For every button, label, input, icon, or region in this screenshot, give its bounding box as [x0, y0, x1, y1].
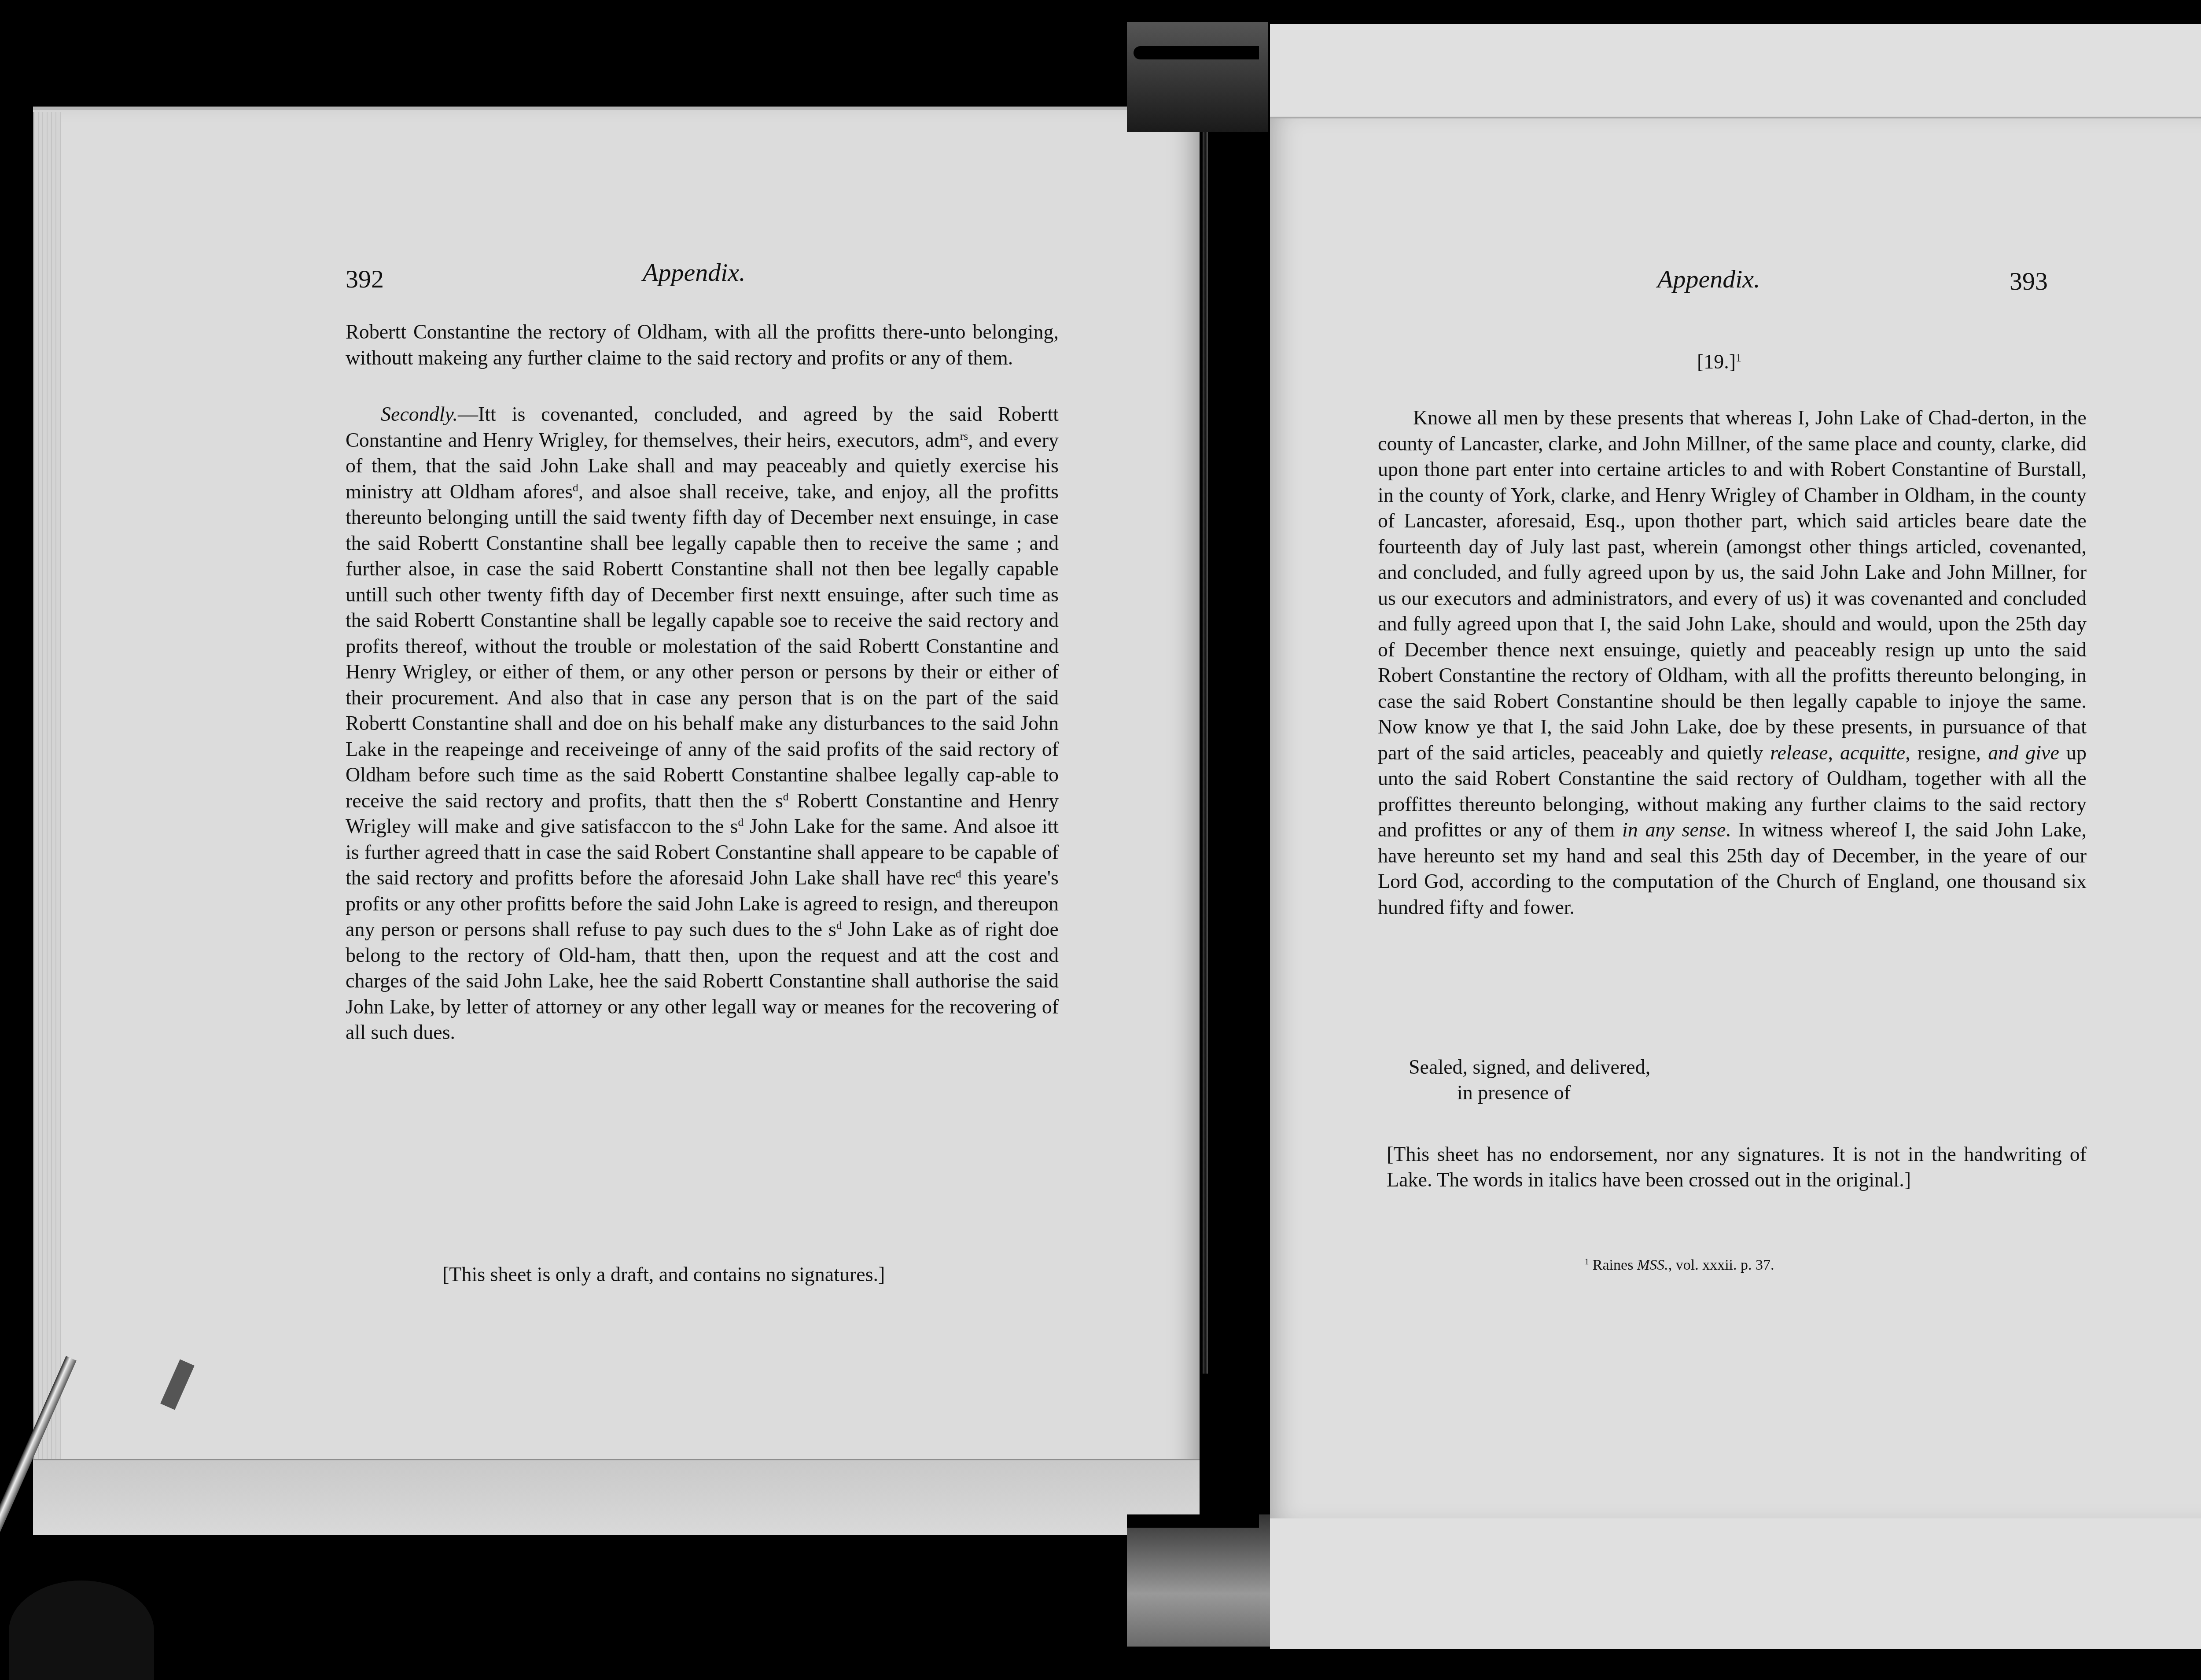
paragraph: Robertt Constantine the rectory of Oldha… — [346, 319, 1059, 371]
paragraph-secondly: Secondly.—Itt is covenanted, concluded, … — [346, 402, 1059, 1046]
page-number-left: 392 — [346, 264, 384, 294]
screwdriver-handle-icon — [9, 1581, 154, 1680]
right-page-body: Knowe all men by these presents that whe… — [1378, 405, 2087, 920]
running-head-left: Appendix. — [643, 258, 746, 287]
footnote-source: Raines — [1593, 1257, 1634, 1273]
attestation-line-1: Sealed, signed, and delivered, — [1409, 1054, 1650, 1080]
document-number: [19.]1 — [1697, 350, 1741, 373]
deed-text: Knowe all men by these presents that whe… — [1378, 405, 2087, 920]
book-gutter — [1203, 132, 1208, 1374]
attestation-line-2: in presence of — [1409, 1080, 1650, 1105]
editorial-note-left: [This sheet is only a draft, and contain… — [442, 1263, 885, 1286]
book-scan: 392 Appendix. Robertt Constantine the re… — [0, 0, 2201, 1680]
footnote-marker: 1 — [1585, 1257, 1589, 1267]
footnote-reference: , vol. xxxii. p. 37. — [1668, 1257, 1774, 1273]
spine-cap — [1127, 1514, 1259, 1528]
document-number-text: [19.] — [1697, 350, 1736, 373]
footnote: 1 Raines MSS., vol. xxxii. p. 37. — [1585, 1257, 1774, 1274]
footnote-source-italic: MSS. — [1637, 1257, 1668, 1273]
spine-clamp — [1134, 46, 1259, 59]
book-board-edge — [33, 1459, 1200, 1535]
running-head-right: Appendix. — [1657, 264, 1760, 294]
editorial-note-right: [This sheet has no endorsement, nor any … — [1387, 1142, 2087, 1193]
attestation: Sealed, signed, and delivered, in presen… — [1409, 1054, 1650, 1105]
page-stack-edges — [33, 112, 61, 1482]
secondly-body: —Itt is covenanted, concluded, and agree… — [346, 403, 1059, 1043]
footnote-ref: 1 — [1736, 352, 1741, 364]
running-head-title: Appendix. — [643, 258, 746, 287]
running-head-title: Appendix. — [1657, 265, 1760, 293]
secondly-label: Secondly. — [381, 403, 458, 425]
spine-shadow-top — [1127, 22, 1268, 132]
page-top-edge — [33, 107, 1200, 110]
page-number-right: 393 — [2010, 266, 2048, 296]
left-page-body: Robertt Constantine the rectory of Oldha… — [346, 319, 1059, 1046]
